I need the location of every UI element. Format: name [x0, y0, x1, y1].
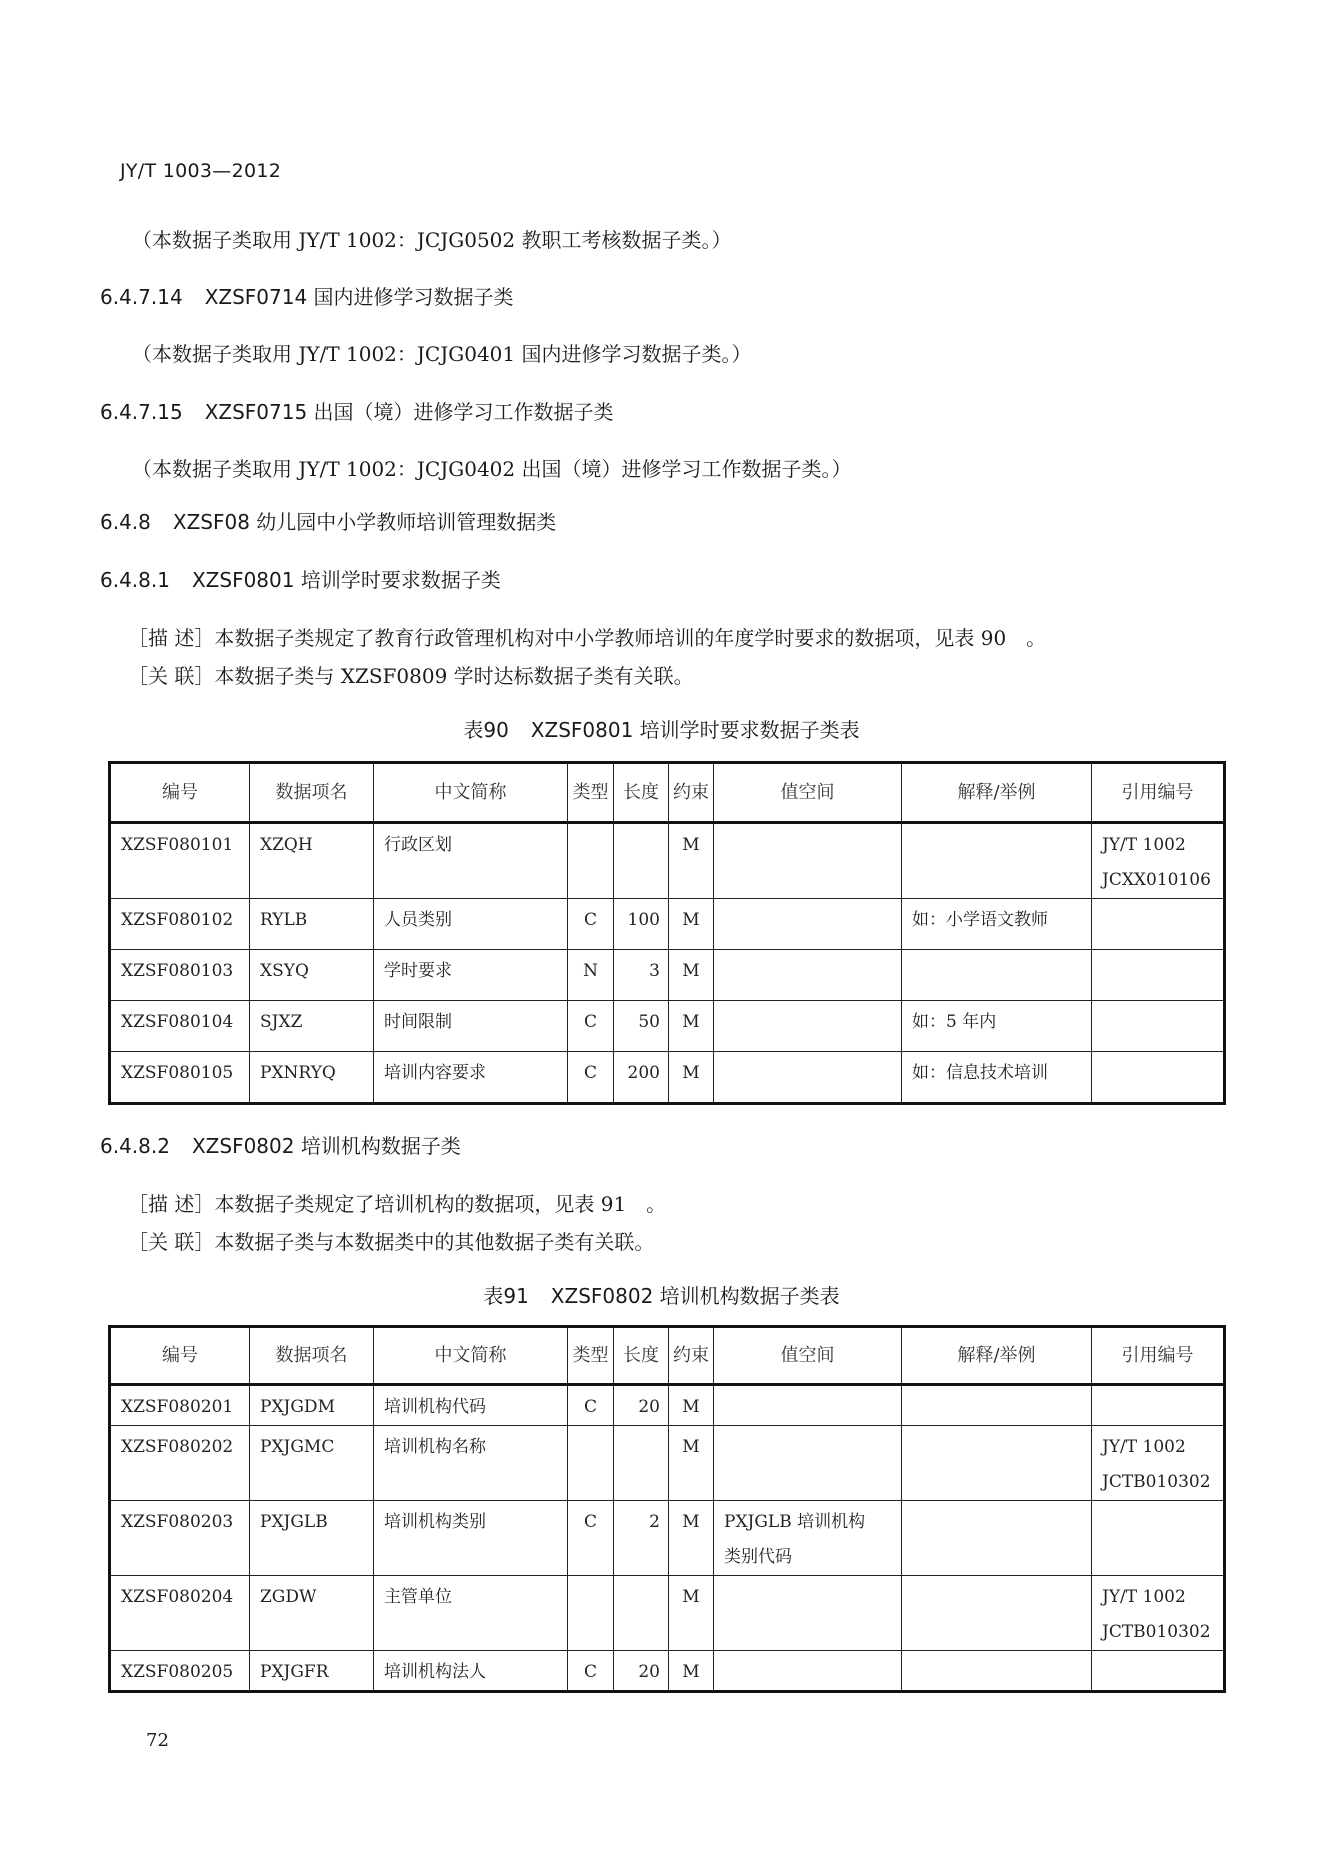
table-row: XZSF080104 SJXZ 时间限制 C 50 M 如：5 年内 [110, 1001, 1225, 1052]
table-row: XZSF080202 PXJGMC 培训机构名称 M JY/T 1002JCTB… [110, 1426, 1225, 1501]
cell-length: 200 [614, 1052, 669, 1104]
table-caption: 表91XZSF0802 培训机构数据子类表 [0, 1280, 1323, 1309]
cell-name: PXJGDM [250, 1385, 374, 1426]
section-number: 6.4.7.14 [100, 285, 183, 309]
cell-value-space [714, 1651, 902, 1692]
cell-type [568, 1426, 614, 1501]
table-row: XZSF080203 PXJGLB 培训机构类别 C 2 M PXJGLB 培训… [110, 1501, 1225, 1576]
cell-reference: JY/T 1002JCTB010302 [1092, 1576, 1225, 1651]
cell-explanation [902, 1426, 1092, 1501]
column-header-id: 编号 [110, 763, 250, 823]
cell-name: XZQH [250, 823, 374, 899]
cell-name: XSYQ [250, 950, 374, 1001]
column-header-id: 编号 [110, 1327, 250, 1385]
cell-explanation [902, 950, 1092, 1001]
section-number: 6.4.7.15 [100, 400, 183, 424]
cell-chinese-name: 培训内容要求 [374, 1052, 568, 1104]
table-caption-number: 表91 [483, 1284, 528, 1308]
section-title: XZSF0801 培训学时要求数据子类 [192, 568, 501, 592]
cell-type [568, 823, 614, 899]
cell-type: C [568, 1001, 614, 1052]
cell-explanation: 如：小学语文教师 [902, 899, 1092, 950]
cell-type: C [568, 1052, 614, 1104]
table-caption: 表90XZSF0801 培训学时要求数据子类表 [0, 714, 1323, 743]
cell-chinese-name: 行政区划 [374, 823, 568, 899]
cell-name: ZGDW [250, 1576, 374, 1651]
table-row: XZSF080204 ZGDW 主管单位 M JY/T 1002JCTB0103… [110, 1576, 1225, 1651]
section-number: 6.4.8 [100, 510, 151, 534]
running-header-standard-code: JY/T 1003—2012 [120, 160, 281, 182]
cell-value-space [714, 823, 902, 899]
cell-chinese-name: 培训机构代码 [374, 1385, 568, 1426]
cell-length: 50 [614, 1001, 669, 1052]
cell-chinese-name: 学时要求 [374, 950, 568, 1001]
cell-reference [1092, 1501, 1225, 1576]
cell-explanation [902, 1385, 1092, 1426]
section-heading: 6.4.8.2XZSF0802 培训机构数据子类 [100, 1130, 461, 1159]
column-header-reference: 引用编号 [1092, 763, 1225, 823]
cell-type: N [568, 950, 614, 1001]
column-header-constraint: 约束 [669, 1327, 714, 1385]
cell-chinese-name: 人员类别 [374, 899, 568, 950]
relation-paragraph: ［关 联］本数据子类与 XZSF0809 学时达标数据子类有关联。 [128, 660, 694, 689]
cell-length: 100 [614, 899, 669, 950]
section-heading: 6.4.7.15XZSF0715 出国（境）进修学习工作数据子类 [100, 396, 614, 425]
cell-reference: JY/T 1002JCTB010302 [1092, 1426, 1225, 1501]
note-reference: （本数据子类取用 JY/T 1002：JCJG0402 出国（境）进修学习工作数… [132, 453, 851, 482]
cell-length [614, 1426, 669, 1501]
cell-explanation [902, 1576, 1092, 1651]
cell-explanation: 如：5 年内 [902, 1001, 1092, 1052]
cell-value-space [714, 1576, 902, 1651]
column-header-length: 长度 [614, 763, 669, 823]
table-caption-title: XZSF0802 培训机构数据子类表 [551, 1284, 840, 1308]
cell-name: PXJGLB [250, 1501, 374, 1576]
section-number: 6.4.8.1 [100, 568, 170, 592]
cell-length: 20 [614, 1385, 669, 1426]
section-title: XZSF0714 国内进修学习数据子类 [205, 285, 514, 309]
section-title: XZSF0802 培训机构数据子类 [192, 1134, 461, 1158]
cell-chinese-name: 培训机构法人 [374, 1651, 568, 1692]
page-number: 72 [146, 1730, 169, 1751]
table-row: XZSF080101 XZQH 行政区划 M JY/T 1002JCXX0101… [110, 823, 1225, 899]
cell-reference [1092, 1001, 1225, 1052]
cell-length: 20 [614, 1651, 669, 1692]
table-header-row: 编号 数据项名 中文简称 类型 长度 约束 值空间 解释/举例 引用编号 [110, 763, 1225, 823]
cell-explanation: 如：信息技术培训 [902, 1052, 1092, 1104]
cell-type: C [568, 1651, 614, 1692]
cell-value-space [714, 1001, 902, 1052]
cell-length [614, 823, 669, 899]
column-header-type: 类型 [568, 763, 614, 823]
cell-constraint: M [669, 1052, 714, 1104]
table-91: 编号 数据项名 中文简称 类型 长度 约束 值空间 解释/举例 引用编号 XZS… [108, 1325, 1226, 1693]
section-title: XZSF08 幼儿园中小学教师培训管理数据类 [173, 510, 556, 534]
cell-value-space [714, 950, 902, 1001]
cell-value-space [714, 1052, 902, 1104]
cell-id: XZSF080202 [110, 1426, 250, 1501]
cell-reference [1092, 899, 1225, 950]
cell-id: XZSF080201 [110, 1385, 250, 1426]
section-heading: 6.4.7.14XZSF0714 国内进修学习数据子类 [100, 281, 514, 310]
cell-length [614, 1576, 669, 1651]
table-header-row: 编号 数据项名 中文简称 类型 长度 约束 值空间 解释/举例 引用编号 [110, 1327, 1225, 1385]
column-header-name: 数据项名 [250, 763, 374, 823]
cell-name: SJXZ [250, 1001, 374, 1052]
cell-name: PXNRYQ [250, 1052, 374, 1104]
cell-reference [1092, 1385, 1225, 1426]
section-heading: 6.4.8.1XZSF0801 培训学时要求数据子类 [100, 564, 501, 593]
cell-id: XZSF080205 [110, 1651, 250, 1692]
cell-reference [1092, 1052, 1225, 1104]
cell-chinese-name: 培训机构名称 [374, 1426, 568, 1501]
table-caption-number: 表90 [463, 718, 508, 742]
table-row: XZSF080201 PXJGDM 培训机构代码 C 20 M [110, 1385, 1225, 1426]
cell-reference: JY/T 1002JCXX010106 [1092, 823, 1225, 899]
column-header-type: 类型 [568, 1327, 614, 1385]
cell-constraint: M [669, 1576, 714, 1651]
description-paragraph: ［描 述］本数据子类规定了培训机构的数据项，见表 91 。 [128, 1188, 666, 1217]
cell-type: C [568, 1501, 614, 1576]
column-header-chinese-name: 中文简称 [374, 1327, 568, 1385]
note-reference: （本数据子类取用 JY/T 1002：JCJG0502 教职工考核数据子类。） [132, 224, 731, 253]
cell-value-space [714, 899, 902, 950]
table-row: XZSF080105 PXNRYQ 培训内容要求 C 200 M 如：信息技术培… [110, 1052, 1225, 1104]
cell-length: 3 [614, 950, 669, 1001]
cell-value-space [714, 1385, 902, 1426]
cell-chinese-name: 时间限制 [374, 1001, 568, 1052]
cell-id: XZSF080104 [110, 1001, 250, 1052]
column-header-length: 长度 [614, 1327, 669, 1385]
cell-type [568, 1576, 614, 1651]
column-header-explanation: 解释/举例 [902, 1327, 1092, 1385]
cell-explanation [902, 1651, 1092, 1692]
column-header-reference: 引用编号 [1092, 1327, 1225, 1385]
cell-name: PXJGFR [250, 1651, 374, 1692]
description-paragraph: ［描 述］本数据子类规定了教育行政管理机构对中小学教师培训的年度学时要求的数据项… [128, 622, 1046, 651]
cell-id: XZSF080102 [110, 899, 250, 950]
cell-id: XZSF080101 [110, 823, 250, 899]
table-row: XZSF080205 PXJGFR 培训机构法人 C 20 M [110, 1651, 1225, 1692]
cell-name: RYLB [250, 899, 374, 950]
cell-constraint: M [669, 1651, 714, 1692]
cell-type: C [568, 899, 614, 950]
column-header-constraint: 约束 [669, 763, 714, 823]
table-90: 编号 数据项名 中文简称 类型 长度 约束 值空间 解释/举例 引用编号 XZS… [108, 761, 1226, 1105]
cell-value-space: PXJGLB 培训机构类别代码 [714, 1501, 902, 1576]
cell-chinese-name: 主管单位 [374, 1576, 568, 1651]
cell-name: PXJGMC [250, 1426, 374, 1501]
cell-chinese-name: 培训机构类别 [374, 1501, 568, 1576]
section-title: XZSF0715 出国（境）进修学习工作数据子类 [205, 400, 614, 424]
cell-id: XZSF080203 [110, 1501, 250, 1576]
section-number: 6.4.8.2 [100, 1134, 170, 1158]
cell-constraint: M [669, 1501, 714, 1576]
column-header-name: 数据项名 [250, 1327, 374, 1385]
column-header-chinese-name: 中文简称 [374, 763, 568, 823]
cell-explanation [902, 823, 1092, 899]
column-header-explanation: 解释/举例 [902, 763, 1092, 823]
cell-constraint: M [669, 1385, 714, 1426]
cell-constraint: M [669, 1426, 714, 1501]
table-row: XZSF080103 XSYQ 学时要求 N 3 M [110, 950, 1225, 1001]
table-row: XZSF080102 RYLB 人员类别 C 100 M 如：小学语文教师 [110, 899, 1225, 950]
cell-constraint: M [669, 899, 714, 950]
cell-value-space [714, 1426, 902, 1501]
cell-length: 2 [614, 1501, 669, 1576]
cell-constraint: M [669, 1001, 714, 1052]
cell-constraint: M [669, 950, 714, 1001]
cell-type: C [568, 1385, 614, 1426]
column-header-value-space: 值空间 [714, 763, 902, 823]
section-heading: 6.4.8XZSF08 幼儿园中小学教师培训管理数据类 [100, 506, 556, 535]
cell-id: XZSF080204 [110, 1576, 250, 1651]
cell-reference [1092, 950, 1225, 1001]
cell-id: XZSF080103 [110, 950, 250, 1001]
relation-paragraph: ［关 联］本数据子类与本数据类中的其他数据子类有关联。 [128, 1226, 654, 1255]
cell-explanation [902, 1501, 1092, 1576]
table-caption-title: XZSF0801 培训学时要求数据子类表 [531, 718, 860, 742]
note-reference: （本数据子类取用 JY/T 1002：JCJG0401 国内进修学习数据子类。） [132, 338, 751, 367]
column-header-value-space: 值空间 [714, 1327, 902, 1385]
cell-constraint: M [669, 823, 714, 899]
cell-id: XZSF080105 [110, 1052, 250, 1104]
cell-reference [1092, 1651, 1225, 1692]
